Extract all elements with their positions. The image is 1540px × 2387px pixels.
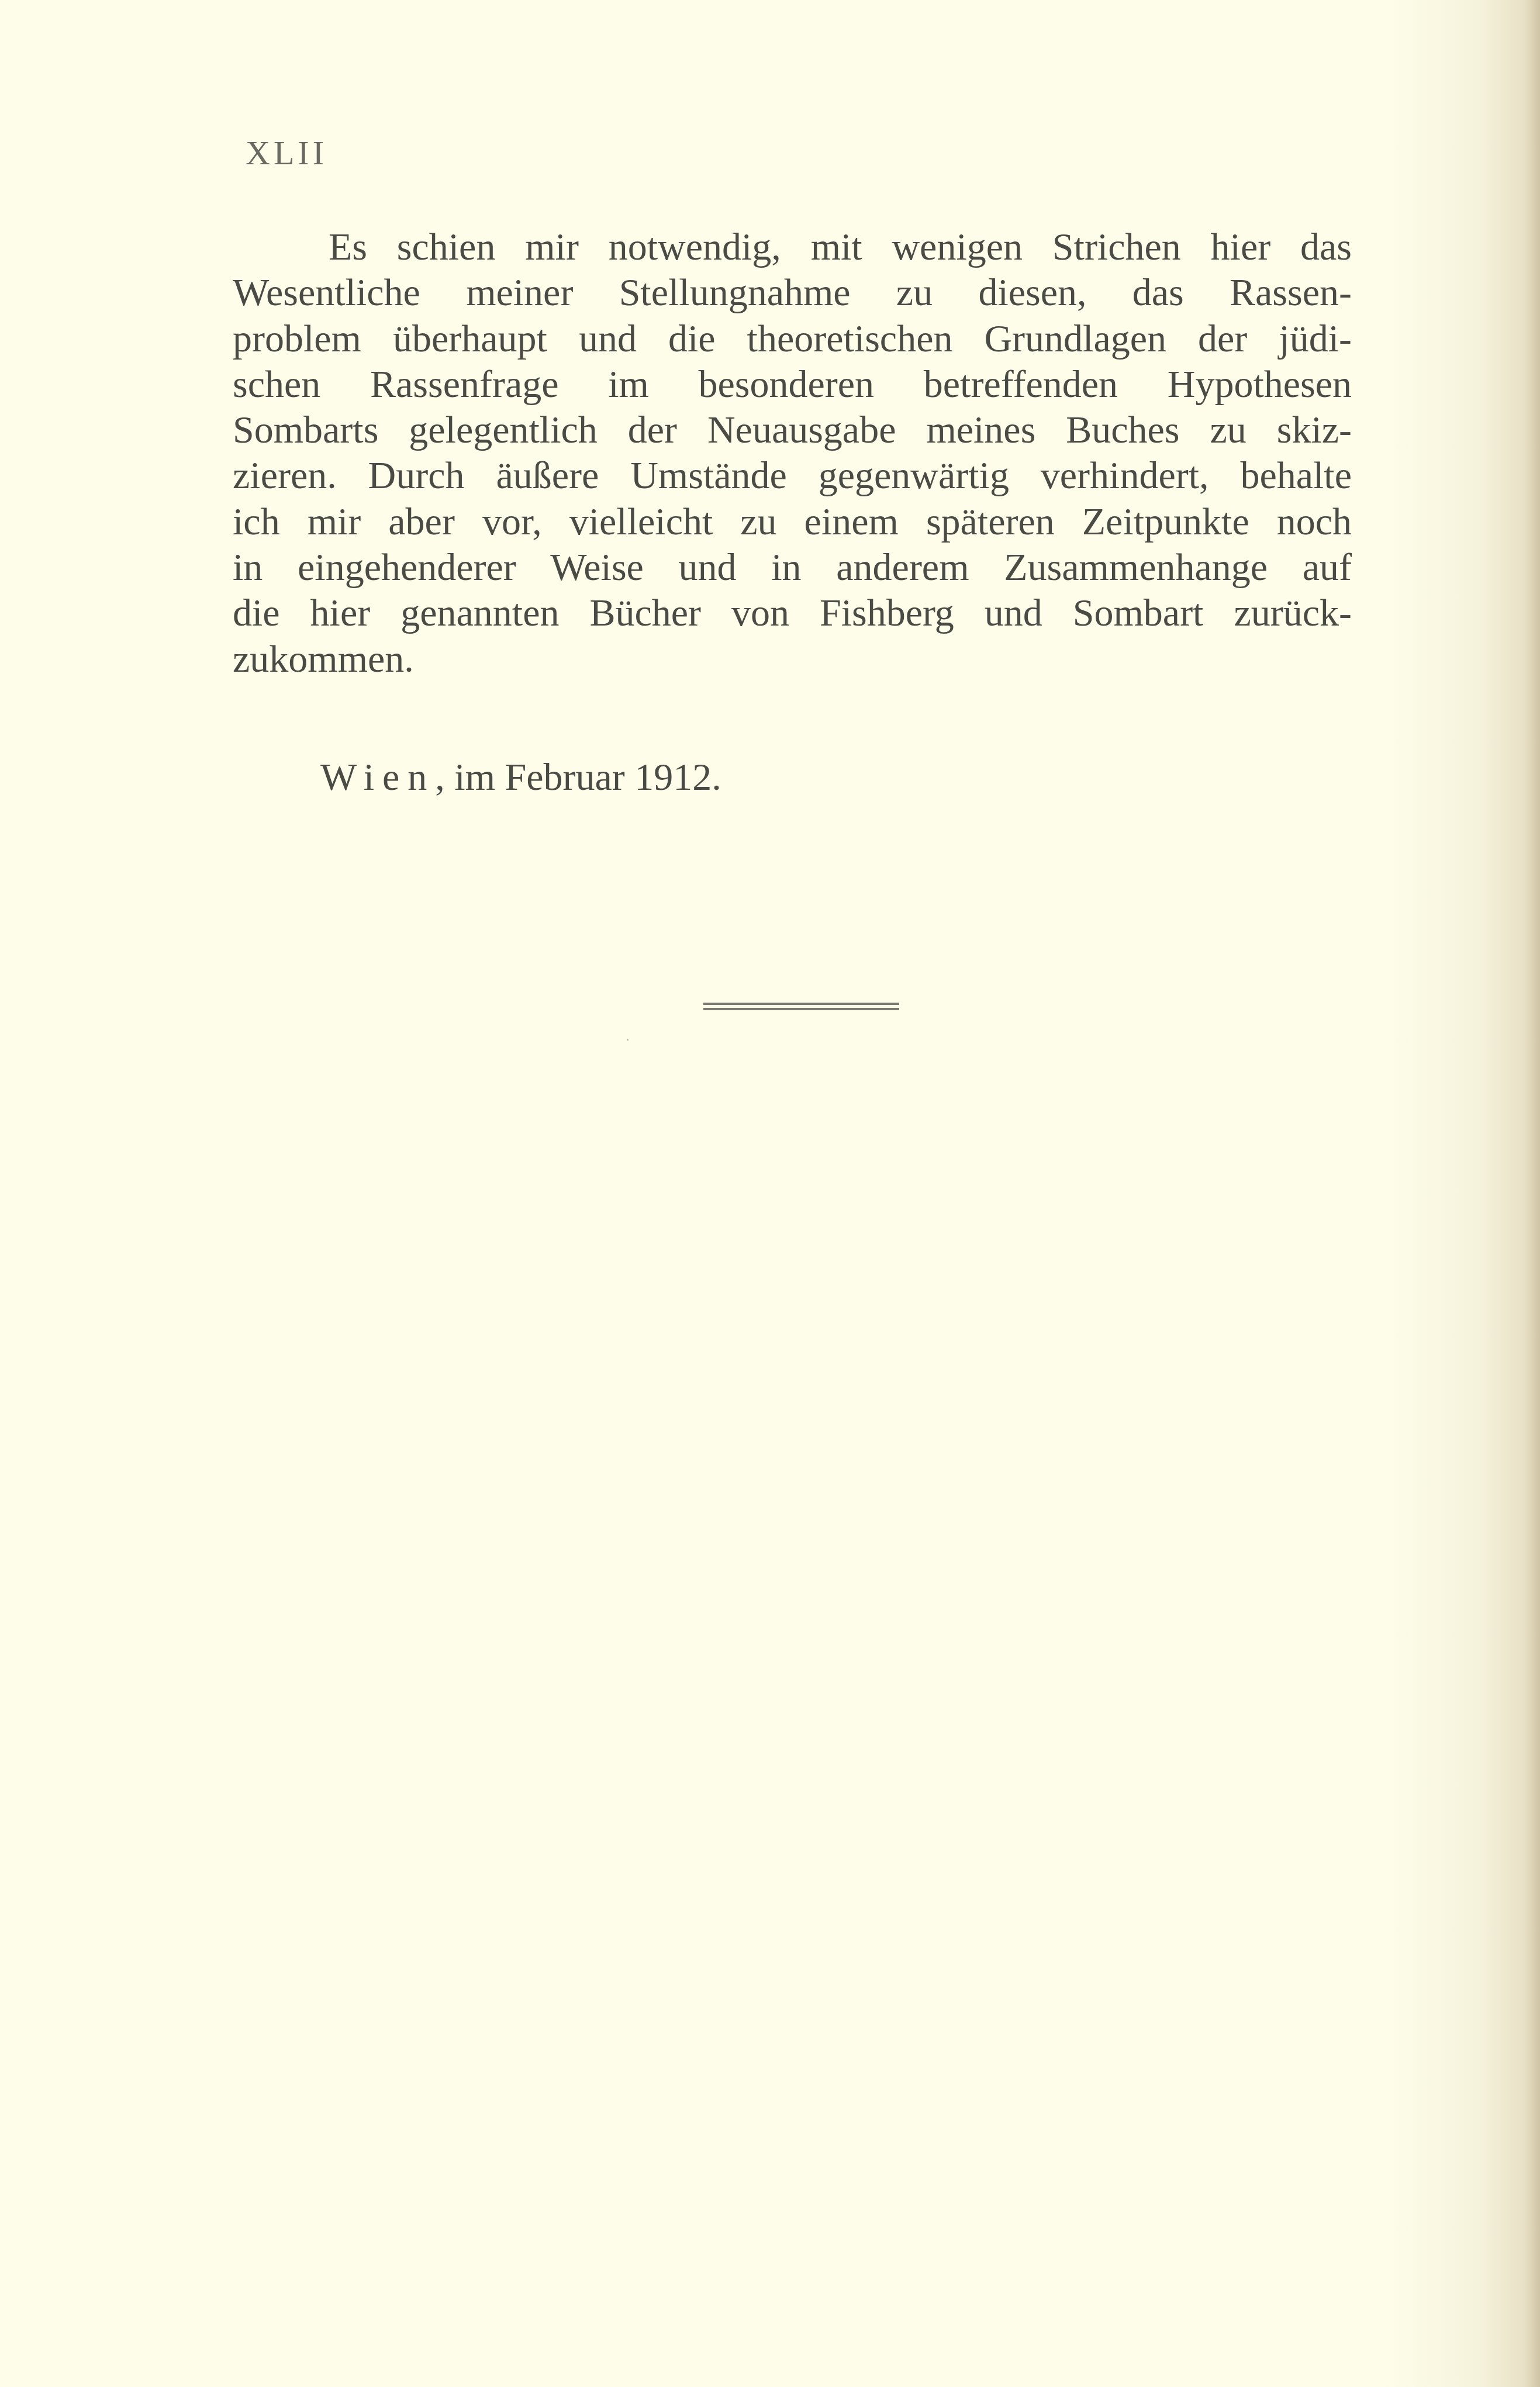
end-double-rule: [703, 1003, 899, 1011]
book-page: XLII Es schien mir notwendig, mit wenige…: [0, 0, 1540, 2387]
text-line: schen Rassenfrage im besonderen betreffe…: [233, 362, 1352, 407]
rule-line-top: [703, 1003, 899, 1005]
text-line: Es schien mir notwendig, mit wenigen Str…: [233, 224, 1352, 270]
body-paragraph: Es schien mir notwendig, mit wenigen Str…: [233, 224, 1352, 682]
text-line: zieren. Durch äußere Umstände gegenwärti…: [233, 453, 1352, 499]
text-line: zukommen.: [233, 637, 1352, 682]
text-line: die hier genannten Bücher von Fishberg u…: [233, 590, 1352, 636]
page-number: XLII: [246, 133, 327, 172]
text-line: problem überhaupt und die theoretischen …: [233, 316, 1352, 362]
text-line: in eingehenderer Weise und in anderem Zu…: [233, 545, 1352, 590]
signature-place: Wien: [320, 756, 435, 799]
signature-date: , im Februar 1912.: [435, 756, 721, 799]
text-line: Sombarts gelegentlich der Neuausgabe mei…: [233, 407, 1352, 453]
text-line: Wesentliche meiner Stellungnahme zu dies…: [233, 270, 1352, 316]
place-date-signature: Wien, im Februar 1912.: [320, 755, 721, 800]
paper-speck: [627, 1039, 629, 1041]
text-line: ich mir aber vor, vielleicht zu einem sp…: [233, 499, 1352, 545]
rule-line-bottom: [703, 1008, 899, 1010]
